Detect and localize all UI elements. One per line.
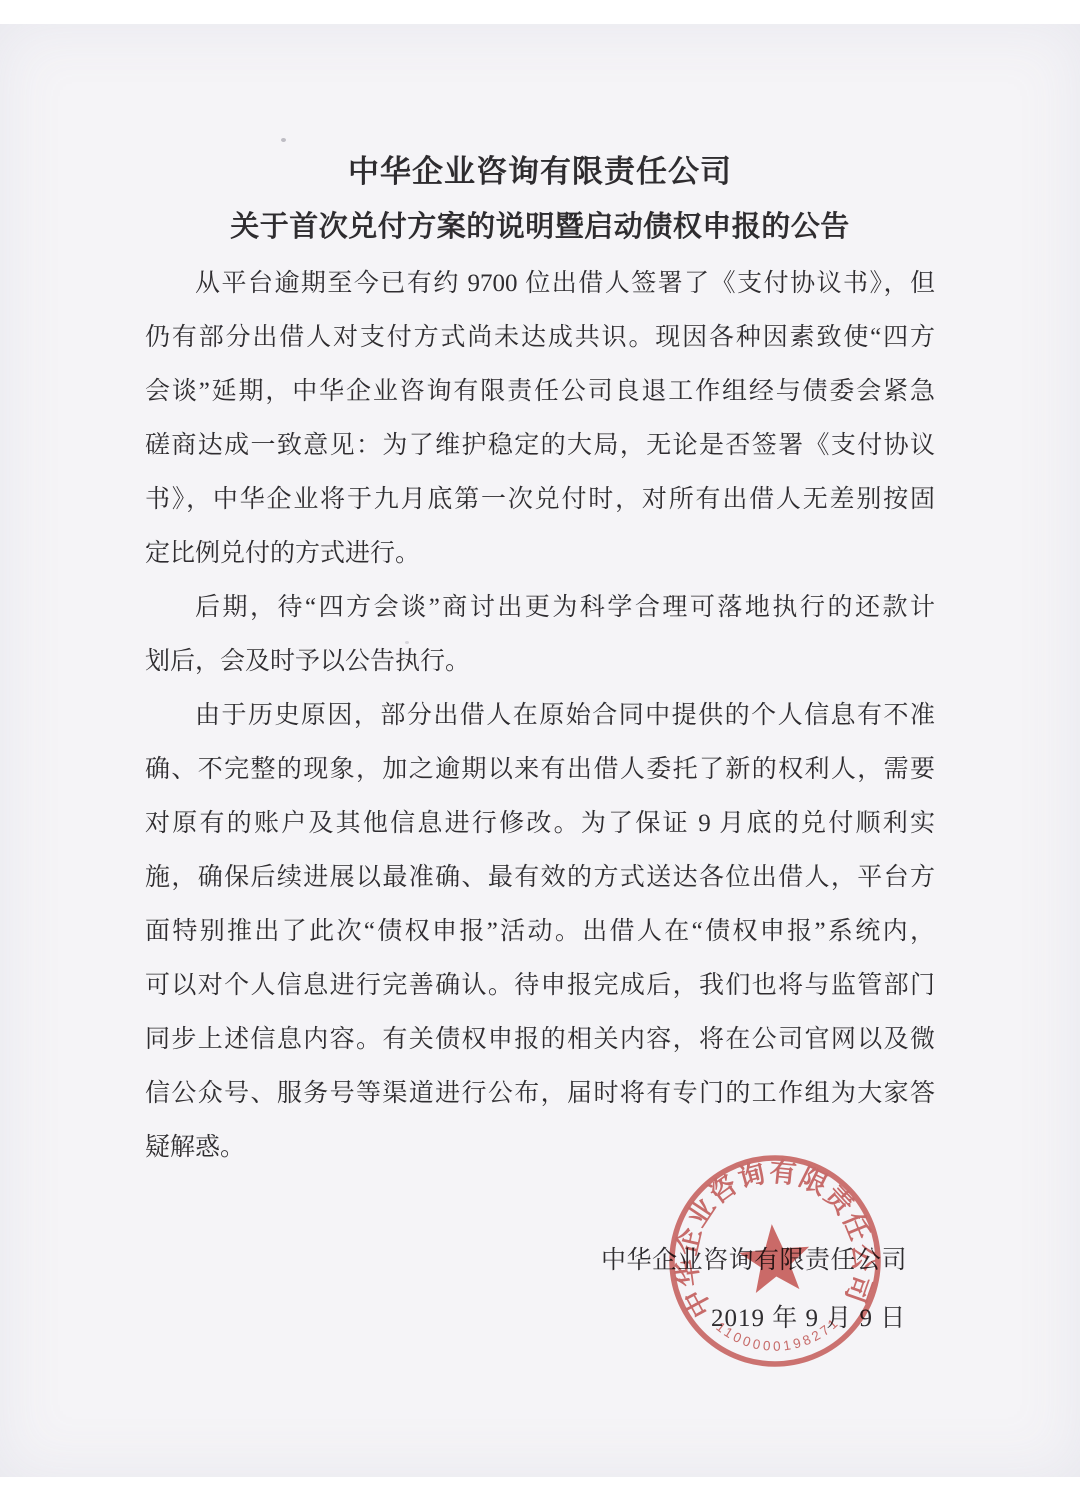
scan-speck [281, 138, 286, 142]
title-company-name: 中华企业咨询有限责任公司 [145, 146, 935, 191]
title-announcement: 关于首次兑付方案的说明暨启动债权申报的公告 [125, 204, 955, 245]
body-line: 划后，会及时予以公告执行。 [145, 635, 935, 689]
company-seal: 中华企业咨询有限责任公司 1100000198271 [655, 1141, 896, 1382]
body-line: 书》，中华企业将于九月底第一次兑付时，对所有出借人无差别按固 [145, 473, 935, 527]
announcement-body: 从平台逾期至今已有约 9700 位出借人签署了《支付协议书》，但仍有部分出借人对… [145, 257, 935, 1175]
body-line: 确、不完整的现象，加之逾期以来有出借人委托了新的权利人，需要 [145, 743, 935, 797]
body-line: 磋商达成一致意见：为了维护稳定的大局，无论是否签署《支付协议 [145, 419, 935, 473]
body-line: 仍有部分出借人对支付方式尚未达成共识。现因各种因素致使“四方 [145, 311, 935, 365]
document-page: 中华企业咨询有限责任公司 关于首次兑付方案的说明暨启动债权申报的公告 从平台逾期… [0, 0, 1080, 1497]
body-line: 会谈”延期，中华企业咨询有限责任公司良退工作组经与债委会紧急 [145, 365, 935, 419]
body-line: 后期，待“四方会谈”商讨出更为科学合理可落地执行的还款计 [145, 581, 935, 635]
body-line: 同步上述信息内容。有关债权申报的相关内容，将在公司官网以及微 [145, 1013, 935, 1067]
seal-star-icon [737, 1221, 813, 1294]
body-line: 施，确保后续进展以最准确、最有效的方式送达各位出借人，平台方 [145, 851, 935, 905]
body-line: 由于历史原因，部分出借人在原始合同中提供的个人信息有不准 [145, 689, 935, 743]
body-line: 可以对个人信息进行完善确认。待申报完成后，我们也将与监管部门 [145, 959, 935, 1013]
body-line: 信公众号、服务号等渠道进行公布，届时将有专门的工作组为大家答 [145, 1067, 935, 1121]
body-line: 面特别推出了此次“债权申报”活动。出借人在“债权申报”系统内， [145, 905, 935, 959]
body-line: 定比例兑付的方式进行。 [145, 527, 935, 581]
body-line: 对原有的账户及其他信息进行修改。为了保证 9 月底的兑付顺利实 [145, 797, 935, 851]
body-line: 从平台逾期至今已有约 9700 位出借人签署了《支付协议书》，但 [145, 257, 935, 311]
